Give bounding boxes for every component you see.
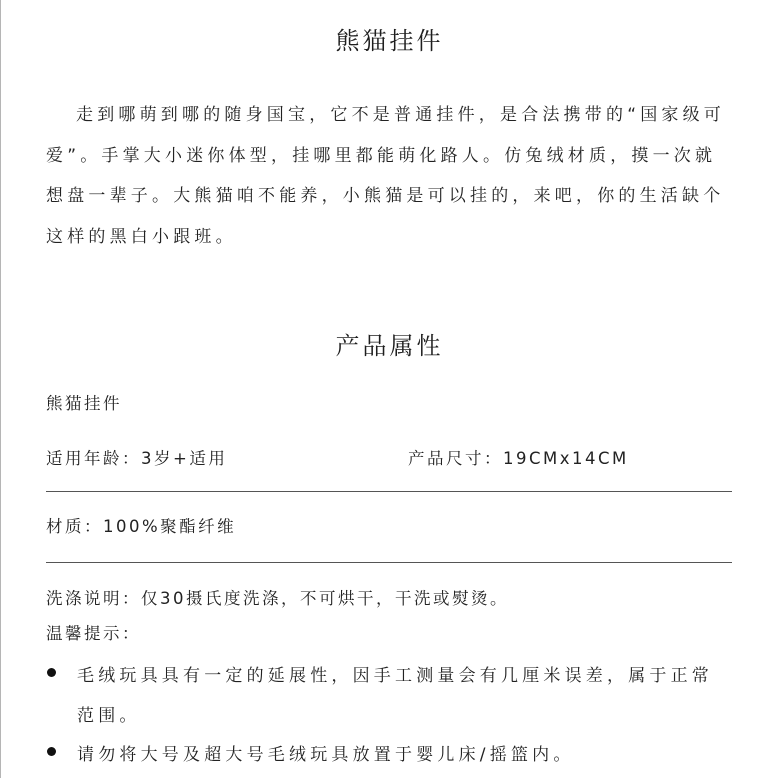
attribute-product-name: 熊猫挂件 [46, 393, 122, 415]
product-title: 熊猫挂件 [0, 26, 779, 56]
bullet-dot-icon [47, 747, 56, 756]
attribute-washing-instructions: 洗涤说明：仅30摄氏度洗涤，不可烘干，干洗或熨烫。 [46, 588, 509, 610]
attribute-size: 产品尺寸：19CMx14CM [408, 448, 629, 470]
tips-label: 温馨提示： [46, 623, 141, 645]
product-intro-paragraph: 走到哪萌到哪的随身国宝，它不是普通挂件，是合法携带的“国家级可爱”。手掌大小迷你… [46, 95, 736, 257]
divider [46, 491, 732, 492]
attribute-material: 材质：100%聚酯纤维 [46, 516, 236, 538]
attribute-age: 适用年龄：3岁+适用 [46, 448, 227, 470]
bullet-dot-icon [47, 668, 56, 677]
attributes-section-title: 产品属性 [0, 331, 779, 361]
tip-text: 毛绒玩具具有一定的延展性，因手工测量会有几厘米误差，属于正常范围。 [77, 656, 717, 736]
tip-text: 请勿将大号及超大号毛绒玩具放置于婴儿床/摇篮内。 [77, 735, 717, 775]
divider [46, 562, 732, 563]
page-left-border [0, 0, 1, 778]
